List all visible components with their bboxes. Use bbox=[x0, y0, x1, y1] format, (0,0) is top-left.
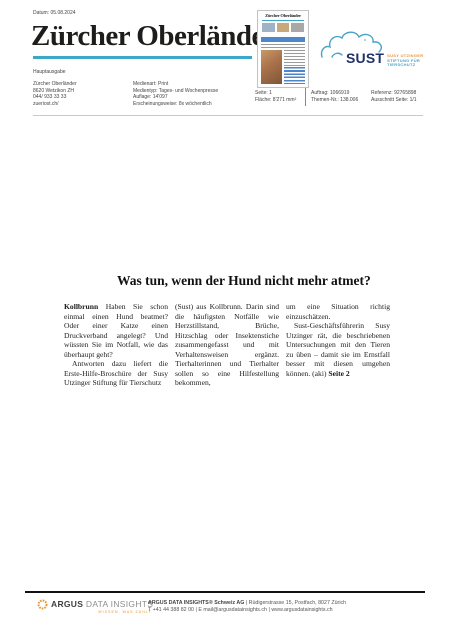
publisher-website: zueriost.ch/ bbox=[33, 101, 77, 108]
publisher-name: Zürcher Oberländer bbox=[33, 81, 77, 88]
header-rule bbox=[33, 115, 423, 116]
edition-label: Hauptausgabe bbox=[33, 69, 66, 75]
media-type: Medienart: Print bbox=[133, 81, 218, 88]
clip-reference-block: Referenz: 92765898 Ausschnitt Seite: 1/1 bbox=[371, 90, 417, 103]
sust-wordmark: SUST bbox=[346, 52, 384, 65]
thumbnail-highlighted-headline bbox=[261, 37, 305, 42]
thumbnail-teaser-photo bbox=[262, 23, 275, 32]
clip-page-block: Seite: 1 Fläche: 8'271 mm² bbox=[255, 90, 296, 103]
article-body: Kollbrunn Haben Sie schon einmal einen H… bbox=[64, 302, 390, 388]
dateline: Kollbrunn bbox=[64, 302, 98, 311]
media-circulation: Auflage: 14'097 bbox=[133, 94, 218, 101]
masthead-rule bbox=[33, 56, 252, 59]
clip-reference: Referenz: 92765898 bbox=[371, 90, 417, 97]
publisher-phone: 044/ 933 33 33 bbox=[33, 94, 77, 101]
thumbnail-article-photo bbox=[261, 50, 282, 84]
clip-order: Auftrag: 1066919 bbox=[311, 90, 358, 97]
frontpage-thumbnail: Zürcher Oberländer bbox=[257, 10, 309, 88]
publisher-city: 8620 Wetzikon ZH bbox=[33, 88, 77, 95]
publisher-address-block: Zürcher Oberländer 8620 Wetzikon ZH 044/… bbox=[33, 81, 77, 107]
media-subtype: Medientyp: Tages- und Wochenpresse bbox=[133, 88, 218, 95]
clip-topic: Themen-Nr.: 138.006 bbox=[311, 97, 358, 104]
thumbnail-text-column bbox=[284, 50, 305, 66]
argus-logo: ARGUS DATA INSIGHTS WISSEN, WAS ZÄHLT. bbox=[37, 599, 153, 614]
footer-company: ARGUS DATA INSIGHTS® Schweiz AG bbox=[148, 600, 244, 606]
thumbnail-masthead-rule bbox=[262, 20, 304, 21]
argus-tagline: WISSEN, WAS ZÄHLT. bbox=[51, 610, 153, 614]
clipping-date: Datum: 05.08.2024 bbox=[33, 10, 76, 16]
sust-logo: SUST SUSY UTZINGER STIFTUNG FÜR TIERSCHU… bbox=[318, 30, 433, 76]
clip-order-block: Auftrag: 1066919 Themen-Nr.: 138.006 bbox=[311, 90, 358, 103]
article-text: Antworten dazu liefert die Erste-Hilfe-B… bbox=[64, 359, 168, 388]
article-column-3: um eine Situation richtig einzuschätzen.… bbox=[286, 302, 390, 388]
clip-area: Fläche: 8'271 mm² bbox=[255, 97, 296, 104]
page-reference: Seite 2 bbox=[328, 369, 349, 378]
argus-brand-bold: ARGUS bbox=[51, 599, 83, 609]
footer-contact-block: ARGUS DATA INSIGHTS® Schweiz AG | Rüdige… bbox=[148, 600, 346, 614]
thumbnail-teaser-photo bbox=[291, 23, 304, 32]
footer-contact-line: T +41 44 388 82 00 | E mail@argusdatains… bbox=[148, 607, 346, 614]
thumbnail-teaser-photos bbox=[262, 23, 304, 32]
thumbnail-highlighted-text bbox=[284, 67, 305, 84]
media-info-block: Medienart: Print Medientyp: Tages- und W… bbox=[133, 81, 218, 107]
footer-company-line: ARGUS DATA INSIGHTS® Schweiz AG | Rüdige… bbox=[148, 600, 346, 607]
article-column-2: (Sust) aus Kollbrunn. Darin sind die häu… bbox=[175, 302, 279, 388]
argus-gear-icon bbox=[37, 599, 48, 610]
article-headline: Was tun, wenn der Hund nicht mehr atmet? bbox=[117, 273, 371, 289]
clip-cutout: Ausschnitt Seite: 1/1 bbox=[371, 97, 417, 104]
thumbnail-masthead: Zürcher Oberländer bbox=[258, 13, 308, 18]
sust-foundation-line: STIFTUNG FÜR TIERSCHUTZ bbox=[387, 59, 433, 68]
thumbnail-subline bbox=[261, 44, 305, 48]
article-text: (Sust) aus Kollbrunn. Darin sind die häu… bbox=[175, 302, 279, 388]
footer-address: | Rüdigerstrasse 15, Postfach, 8027 Züri… bbox=[244, 600, 346, 606]
argus-brand-light: DATA INSIGHTS bbox=[86, 599, 153, 609]
clip-page: Seite: 1 bbox=[255, 90, 296, 97]
footer-rule bbox=[25, 591, 425, 593]
thumbnail-teaser-photo bbox=[277, 23, 290, 32]
article-column-1: Kollbrunn Haben Sie schon einmal einen H… bbox=[64, 302, 168, 388]
article-text: um eine Situation richtig einzuschätzen. bbox=[286, 302, 390, 321]
media-frequency: Erscheinungsweise: 8x wöchentlich bbox=[133, 101, 218, 108]
publication-masthead: Zürcher Oberländer bbox=[31, 20, 276, 53]
press-clipping-page: Datum: 05.08.2024 Zürcher Oberländer Hau… bbox=[0, 0, 450, 638]
